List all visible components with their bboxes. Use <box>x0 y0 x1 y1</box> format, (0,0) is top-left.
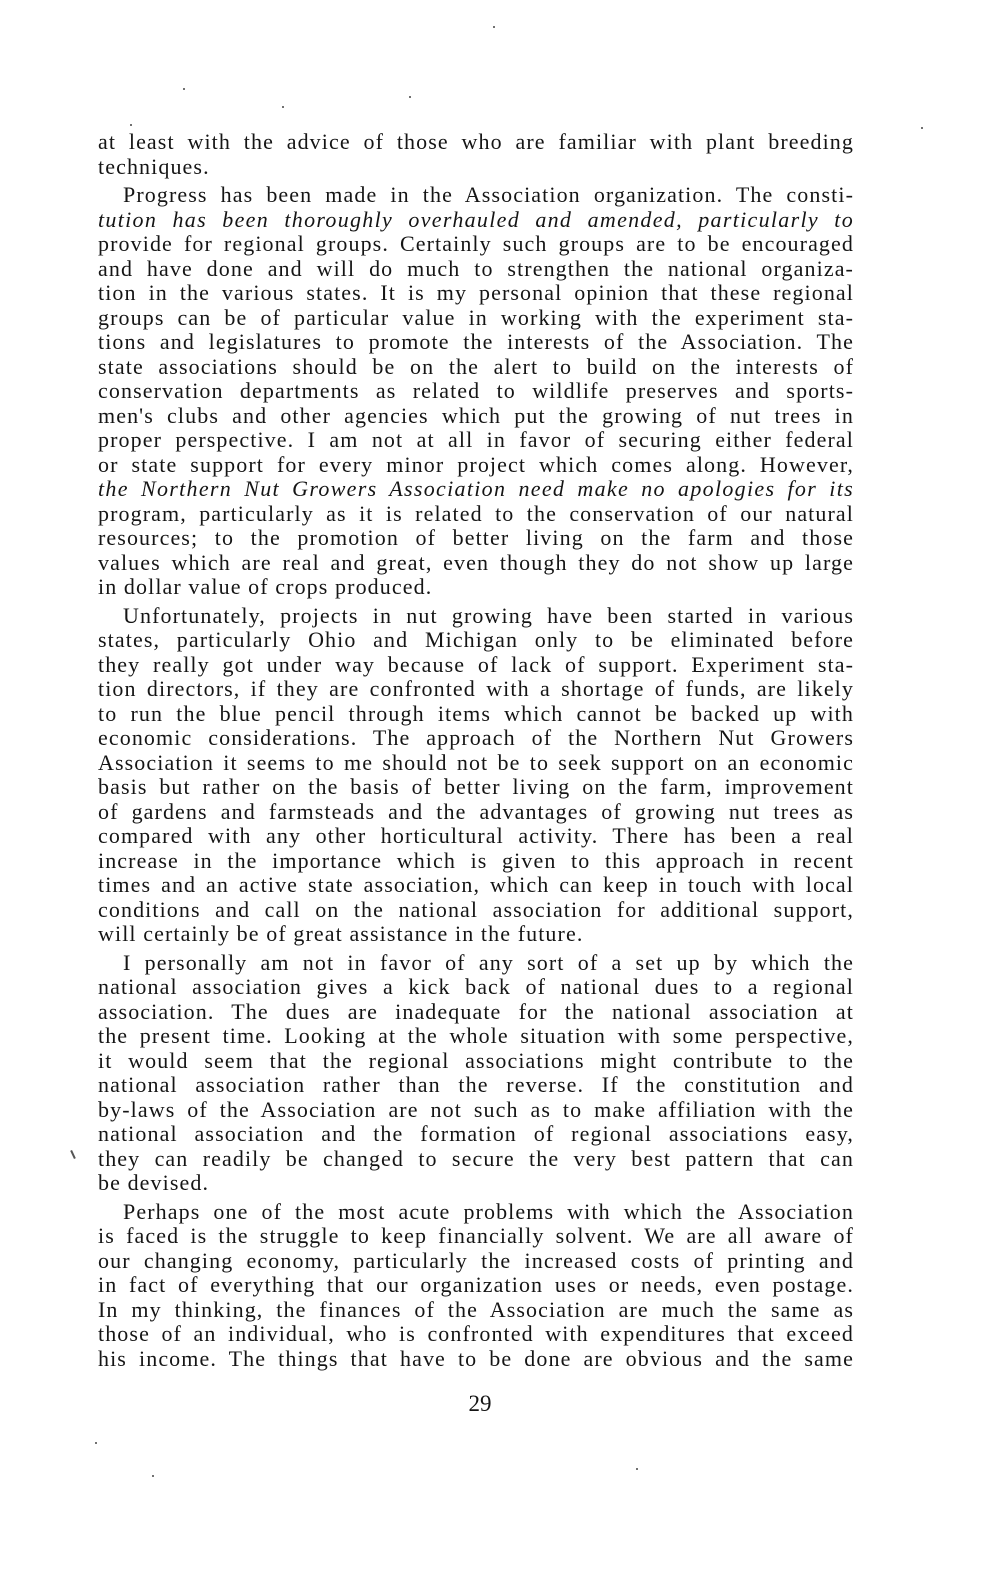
text-line: provide for regional groups. Certainly s… <box>98 232 854 257</box>
text-line: in dollar value of crops produced. <box>98 575 854 600</box>
text-line: Perhaps one of the most acute problems w… <box>98 1200 854 1225</box>
text-line: values which are real and great, even th… <box>98 551 854 576</box>
text-line: program, particularly as it is related t… <box>98 502 854 527</box>
text-line: tion directors, if they are confronted w… <box>98 677 854 702</box>
scan-speck <box>921 127 923 129</box>
text-line: association. The dues are inadequate for… <box>98 1000 854 1025</box>
text-line: Association it seems to me should not be… <box>98 751 854 776</box>
scan-speck <box>636 1468 638 1470</box>
text-line: national association gives a kick back o… <box>98 975 854 1000</box>
text-line: states, particularly Ohio and Michigan o… <box>98 628 854 653</box>
scan-speck <box>152 1475 154 1477</box>
text-line: I personally am not in favor of any sort… <box>98 951 854 976</box>
text-line: national association rather than the rev… <box>98 1073 854 1098</box>
text-line: men's clubs and other agencies which put… <box>98 404 854 429</box>
text-line: of gardens and farmsteads and the advant… <box>98 800 854 825</box>
paragraph-2: Progress has been made in the Associatio… <box>98 183 854 600</box>
text-line: conditions and call on the national asso… <box>98 898 854 923</box>
text-line: increase in the importance which is give… <box>98 849 854 874</box>
text-line: they really got under way because of lac… <box>98 653 854 678</box>
text-line: basis but rather on the basis of better … <box>98 775 854 800</box>
paragraph-3: Unfortunately, projects in nut growing h… <box>98 604 854 947</box>
text-line: state associations should be on the aler… <box>98 355 854 380</box>
scan-mark <box>70 1150 76 1159</box>
text-line: our changing economy, particularly the i… <box>98 1249 854 1274</box>
text-line: to run the blue pencil through items whi… <box>98 702 854 727</box>
text-line: In my thinking, the finances of the Asso… <box>98 1298 854 1323</box>
page-number: 29 <box>98 1391 862 1417</box>
paragraph-5: Perhaps one of the most acute problems w… <box>98 1200 854 1372</box>
text-line: proper perspective. I am not at all in f… <box>98 428 854 453</box>
text-line: those of an individual, who is confronte… <box>98 1322 854 1347</box>
scan-speck <box>409 96 411 98</box>
text-line: techniques. <box>98 155 854 180</box>
text-line: groups can be of particular value in wor… <box>98 306 854 331</box>
scan-speck <box>282 106 284 108</box>
text-line: resources; to the promotion of better li… <box>98 526 854 551</box>
text-line-italic: tution has been thoroughly overhauled an… <box>98 208 854 233</box>
text-line-italic: the Northern Nut Growers Association nee… <box>98 477 854 502</box>
text-line: by-laws of the Association are not such … <box>98 1098 854 1123</box>
text-line: economic considerations. The approach of… <box>98 726 854 751</box>
text-line: is faced is the struggle to keep financi… <box>98 1224 854 1249</box>
text-line: times and an active state association, w… <box>98 873 854 898</box>
text-line: tion in the various states. It is my per… <box>98 281 854 306</box>
text-line: conservation departments as related to w… <box>98 379 854 404</box>
text-line: at least with the advice of those who ar… <box>98 130 854 155</box>
text-line: they can readily be changed to secure th… <box>98 1147 854 1172</box>
text-line: will certainly be of great assistance in… <box>98 922 854 947</box>
text-line: in fact of everything that our organizat… <box>98 1273 854 1298</box>
text-line: compared with any other horticultural ac… <box>98 824 854 849</box>
paragraph-4: I personally am not in favor of any sort… <box>98 951 854 1196</box>
scan-speck <box>493 26 495 28</box>
text-line: and have done and will do much to streng… <box>98 257 854 282</box>
scan-speck <box>95 1442 97 1444</box>
text-line: be devised. <box>98 1171 854 1196</box>
scan-speck <box>130 124 132 126</box>
scan-speck <box>183 88 185 90</box>
text-line: tions and legislatures to promote the in… <box>98 330 854 355</box>
text-line: Progress has been made in the Associatio… <box>98 183 854 208</box>
text-line: Unfortunately, projects in nut growing h… <box>98 604 854 629</box>
paragraph-1: at least with the advice of those who ar… <box>98 130 854 179</box>
body-text: at least with the advice of those who ar… <box>98 130 854 1371</box>
text-line: it would seem that the regional associat… <box>98 1049 854 1074</box>
text-line: or state support for every minor project… <box>98 453 854 478</box>
text-line: the present time. Looking at the whole s… <box>98 1024 854 1049</box>
text-line: national association and the formation o… <box>98 1122 854 1147</box>
document-page: at least with the advice of those who ar… <box>0 0 1001 1589</box>
text-line: his income. The things that have to be d… <box>98 1347 854 1372</box>
